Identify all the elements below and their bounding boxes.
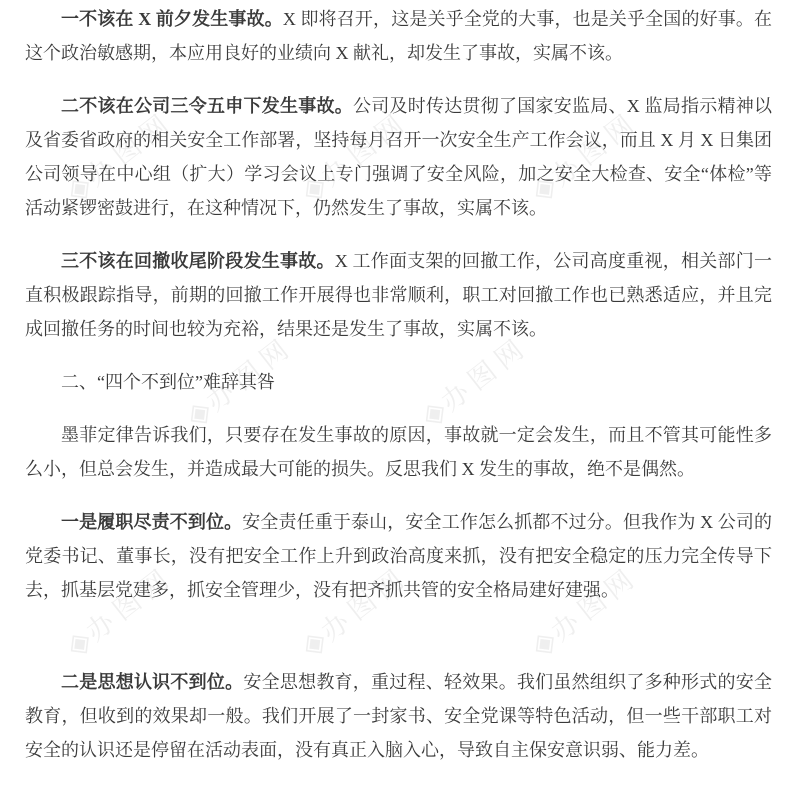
paragraph-body: 墨菲定律告诉我们，只要存在发生事故的原因，事故就一定会发生，而且不管其可能性多么… [25, 425, 772, 479]
paragraph-lead: 一不该在 X 前夕发生事故。 [61, 9, 283, 29]
paragraph-lead: 二不该在公司三令五申下发生事故。 [61, 96, 353, 116]
paragraph: 三不该在回撤收尾阶段发生事故。X 工作面支架的回撤工作，公司高度重视，相关部门一… [25, 244, 772, 346]
paragraph: 二不该在公司三令五申下发生事故。公司及时传达贯彻了国家安监局、X 监局指示精神以… [25, 89, 772, 225]
paragraph: 一是履职尽责不到位。安全责任重于泰山，安全工作怎么抓都不过分。但我作为 X 公司… [25, 505, 772, 607]
paragraph: 墨菲定律告诉我们，只要存在发生事故的原因，事故就一定会发生，而且不管其可能性多么… [25, 418, 772, 486]
section-heading: 二、“四个不到位”难辞其咎 [25, 365, 772, 399]
document-page: { "page": { "background": "#ffffff", "te… [0, 0, 800, 800]
paragraph-lead: 二是思想认识不到位。 [61, 672, 243, 692]
document-body: 一不该在 X 前夕发生事故。X 即将召开，这是关乎全党的大事，也是关乎全国的好事… [0, 0, 800, 767]
paragraph: 一不该在 X 前夕发生事故。X 即将召开，这是关乎全党的大事，也是关乎全国的好事… [25, 2, 772, 70]
paragraph-lead: 一是履职尽责不到位。 [61, 512, 242, 532]
paragraph: 二是思想认识不到位。安全思想教育，重过程、轻效果。我们虽然组织了多种形式的安全教… [25, 665, 772, 767]
paragraph-lead: 三不该在回撤收尾阶段发生事故。 [61, 251, 335, 271]
